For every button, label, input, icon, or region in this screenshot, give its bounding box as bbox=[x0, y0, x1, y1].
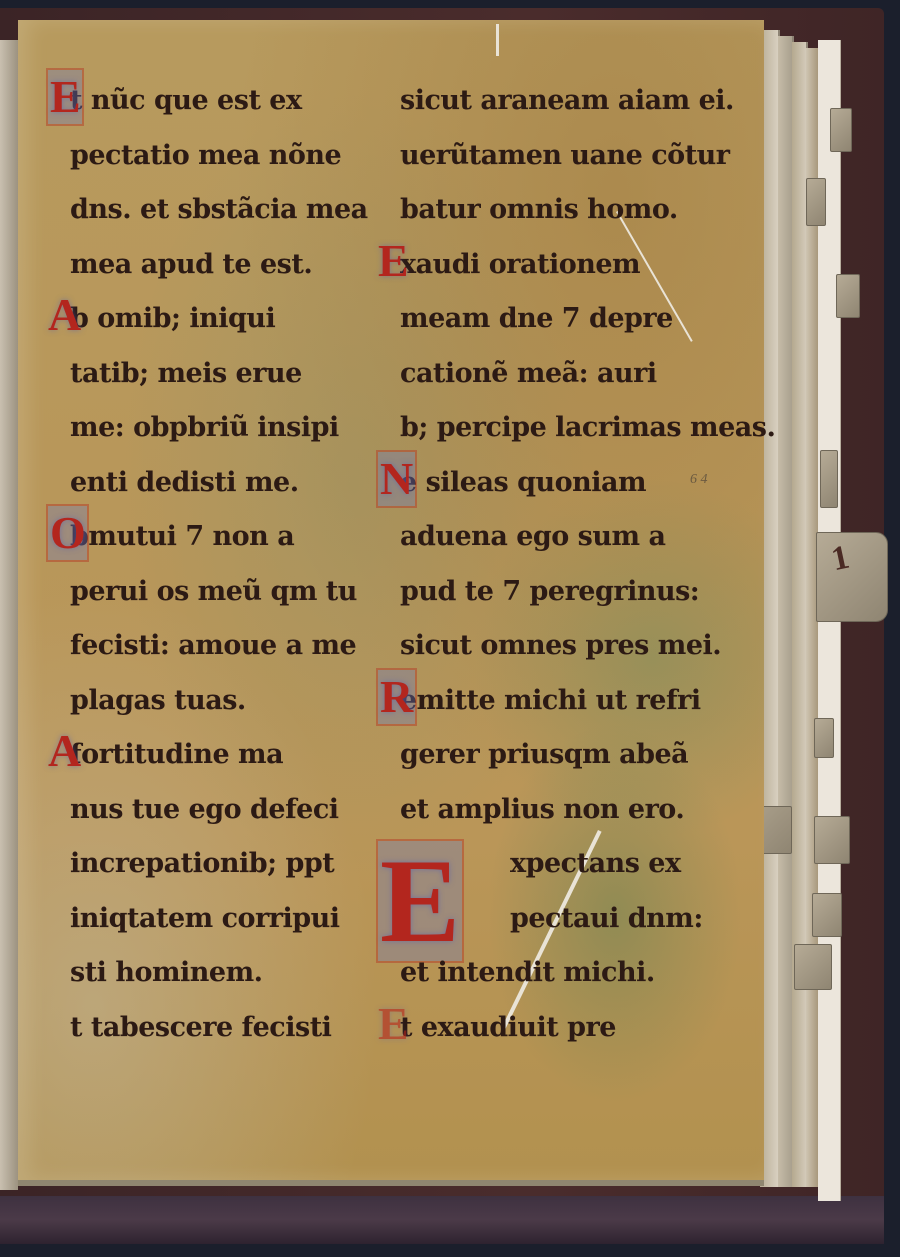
text-line: cationẽ meã: auri bbox=[400, 347, 690, 402]
text-line: Ab omib; iniqui bbox=[70, 292, 360, 347]
text-line: plagas tuas. bbox=[70, 674, 360, 729]
text-line: dns. et sbstãcia mea bbox=[70, 183, 360, 238]
page-tab[interactable] bbox=[814, 718, 834, 758]
text-line: et amplius non ero. bbox=[400, 783, 690, 838]
decorated-initial: A bbox=[48, 724, 81, 778]
text-line: perui os meũ qm tu bbox=[70, 565, 360, 620]
text-line: Remitte michi ut refri bbox=[400, 674, 690, 729]
text-line: A fortitudine ma bbox=[70, 728, 360, 783]
page-tab[interactable] bbox=[794, 944, 832, 990]
text-line: Et nũc que est ex bbox=[70, 74, 360, 129]
text-line: mea apud te est. bbox=[70, 238, 360, 293]
text-line: tatib; meis erue bbox=[70, 347, 360, 402]
text-line: sicut omnes pres mei. bbox=[400, 619, 690, 674]
page-tab-numbered[interactable] bbox=[816, 532, 888, 622]
text-line: increpationib; ppt bbox=[70, 837, 360, 892]
page-tab[interactable] bbox=[814, 816, 850, 864]
parchment-crack bbox=[496, 24, 499, 56]
text-line: enti dedisti me. bbox=[70, 456, 360, 511]
text-line: fecisti: amoue a me bbox=[70, 619, 360, 674]
decorated-initial: E bbox=[48, 70, 82, 124]
facing-page-edge bbox=[0, 40, 18, 1190]
text-line: aduena ego sum a bbox=[400, 510, 690, 565]
margin-pencil-note: 6 4 bbox=[690, 472, 708, 488]
decorated-initial: N bbox=[378, 452, 415, 506]
text-line: nus tue ego defeci bbox=[70, 783, 360, 838]
text-line: pectaui dnm: bbox=[400, 892, 690, 947]
decorated-initial: E bbox=[378, 234, 408, 288]
text-line: meam dne 7 depre bbox=[400, 292, 690, 347]
text-line: Ne sileas quoniam bbox=[400, 456, 690, 511]
text-line: gerer priusqm abeã bbox=[400, 728, 690, 783]
binding-bottom-edge bbox=[0, 1196, 884, 1244]
text-line: sti hominem. bbox=[70, 946, 360, 1001]
page-tab[interactable] bbox=[812, 893, 842, 937]
decorated-initial: O bbox=[48, 506, 87, 560]
page-tab[interactable] bbox=[830, 108, 852, 152]
text-line: iniqtatem corripui bbox=[70, 892, 360, 947]
text-line: me: obpbriũ insipi bbox=[70, 401, 360, 456]
decorated-initial: E bbox=[378, 997, 408, 1051]
text-line: Et exaudiuit pre bbox=[400, 1001, 690, 1056]
text-line: Expectans ex bbox=[400, 837, 690, 892]
text-line: pectatio mea nõne bbox=[70, 129, 360, 184]
text-line: b; percipe lacrimas meas. bbox=[400, 401, 690, 456]
decorated-initial: A bbox=[48, 288, 81, 342]
text-column-right: sicut araneam aiam ei. uerũtamen uane cõ… bbox=[400, 74, 690, 1055]
text-line: et intendit michi. bbox=[400, 946, 690, 1001]
text-line: sicut araneam aiam ei. bbox=[400, 74, 690, 129]
text-line: Exaudi orationem bbox=[400, 238, 690, 293]
page-tab[interactable] bbox=[836, 274, 860, 318]
page-tab[interactable] bbox=[806, 178, 826, 226]
page-tab[interactable] bbox=[820, 450, 838, 508]
text-line: t tabescere fecisti bbox=[70, 1001, 360, 1056]
text-line: Obmutui 7 non a bbox=[70, 510, 360, 565]
decorated-initial: R bbox=[378, 670, 415, 724]
text-line: pud te 7 peregrinus: bbox=[400, 565, 690, 620]
text-line: uerũtamen uane cõtur bbox=[400, 129, 690, 184]
text-line: batur omnis homo. bbox=[400, 183, 690, 238]
text-column-left: Et nũc que est ex pectatio mea nõne dns.… bbox=[70, 74, 360, 1055]
